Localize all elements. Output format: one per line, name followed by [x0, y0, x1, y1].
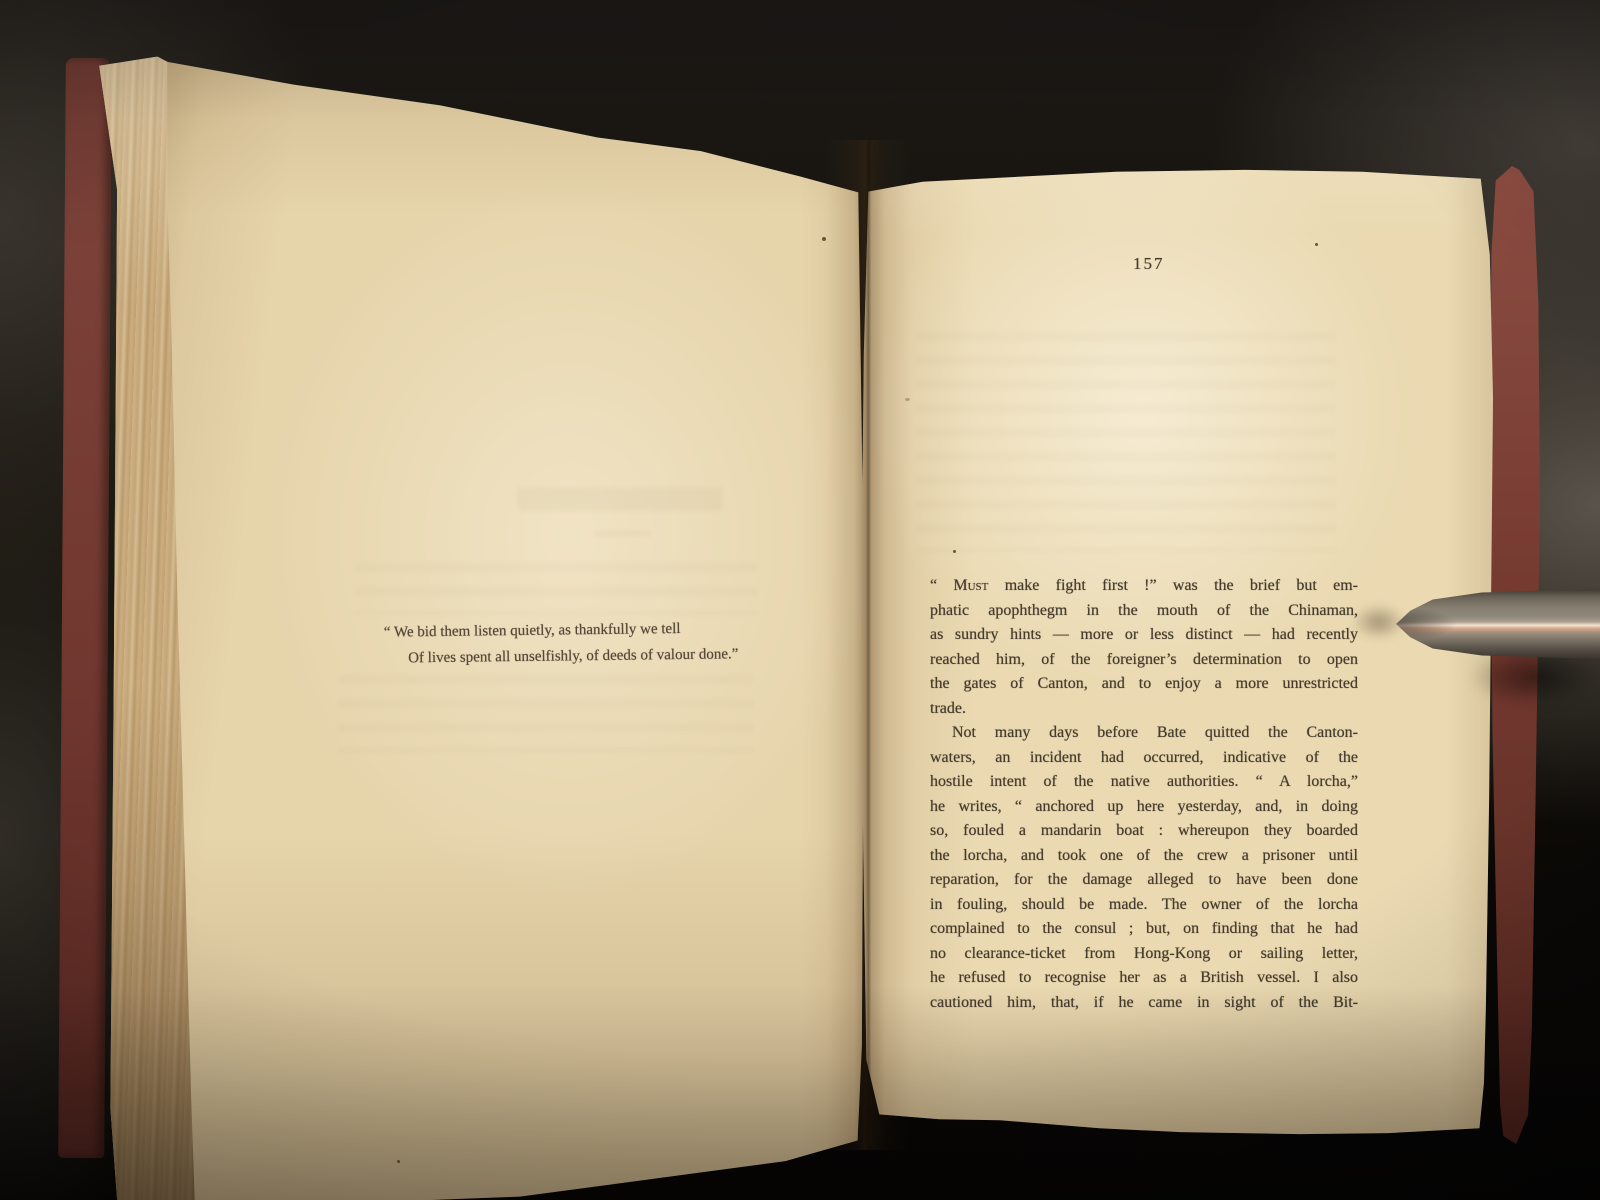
foxing-speck	[953, 550, 956, 553]
show-through-rule	[595, 531, 651, 536]
open-book-photo: “ We bid them listen quietly, as thankfu…	[0, 0, 1600, 1200]
text-line: complained to the consul ; but, on findi…	[930, 917, 1358, 942]
text-line: reached him, of the foreigner’s determin…	[930, 648, 1358, 673]
pen-shadow	[1452, 648, 1600, 720]
text-line: he refused to recognise her as a British…	[930, 966, 1358, 991]
text-line: cautioned him, that, if he came in sight…	[930, 991, 1358, 1016]
line-text: make fight first !” was the brief but em…	[988, 577, 1358, 594]
text-line: phatic apophthegm in the mouth of the Ch…	[930, 599, 1358, 624]
quote-line: Of lives spent all unselfishly, of deeds…	[384, 640, 814, 671]
text-line: as sundry hints — more or less distinct …	[930, 623, 1358, 648]
text-line: Not many days before Bate quitted the Ca…	[930, 721, 1358, 746]
text-line: no clearance-ticket from Hong-Kong or sa…	[930, 942, 1358, 967]
text-line: in fouling, should be made. The owner of…	[930, 893, 1358, 918]
foxing-speck	[905, 398, 910, 401]
text-line: the lorcha, and took one of the crew a p…	[930, 844, 1358, 869]
show-through-text	[355, 563, 757, 615]
paragraph: “ Must make fight first !” was the brief…	[930, 574, 1358, 721]
paragraph: Not many days before Bate quitted the Ca…	[930, 721, 1358, 1015]
paragraph-lines: Not many days before Bate quitted the Ca…	[930, 721, 1358, 1015]
show-through-text	[338, 675, 753, 753]
left-page: “ We bid them listen quietly, as thankfu…	[150, 55, 872, 1200]
text-line: he writes, “ anchored up here yesterday,…	[930, 795, 1358, 820]
text-line: reparation, for the damage alleged to ha…	[930, 868, 1358, 893]
foxing-speck	[1315, 243, 1318, 246]
text-line: hostile intent of the native authorities…	[930, 770, 1358, 795]
body-text: “ Must make fight first !” was the brief…	[930, 574, 1358, 1015]
smallcaps-word: Must	[953, 577, 988, 594]
paragraph-lines: phatic apophthegm in the mouth of the Ch…	[930, 599, 1358, 697]
text-line: “ Must make fight first !” was the brief…	[930, 574, 1358, 599]
show-through-heading	[517, 487, 723, 511]
text-line: trade.	[930, 697, 1358, 722]
page-number: 157	[1133, 254, 1165, 274]
show-through-text	[916, 332, 1336, 552]
book-spine-left	[58, 58, 112, 1158]
right-page: 157 “ Must make fight first !” was the b…	[858, 156, 1504, 1144]
open-quote: “	[930, 577, 953, 594]
text-line: waters, an incident had occurred, indica…	[930, 746, 1358, 771]
text-line: so, fouled a mandarin boat : whereupon t…	[930, 819, 1358, 844]
foxing-speck	[822, 237, 826, 241]
text-line: the gates of Canton, and to enjoy a more…	[930, 672, 1358, 697]
foxing-speck	[397, 1160, 400, 1163]
verse-quote: “ We bid them listen quietly, as thankfu…	[384, 614, 815, 671]
